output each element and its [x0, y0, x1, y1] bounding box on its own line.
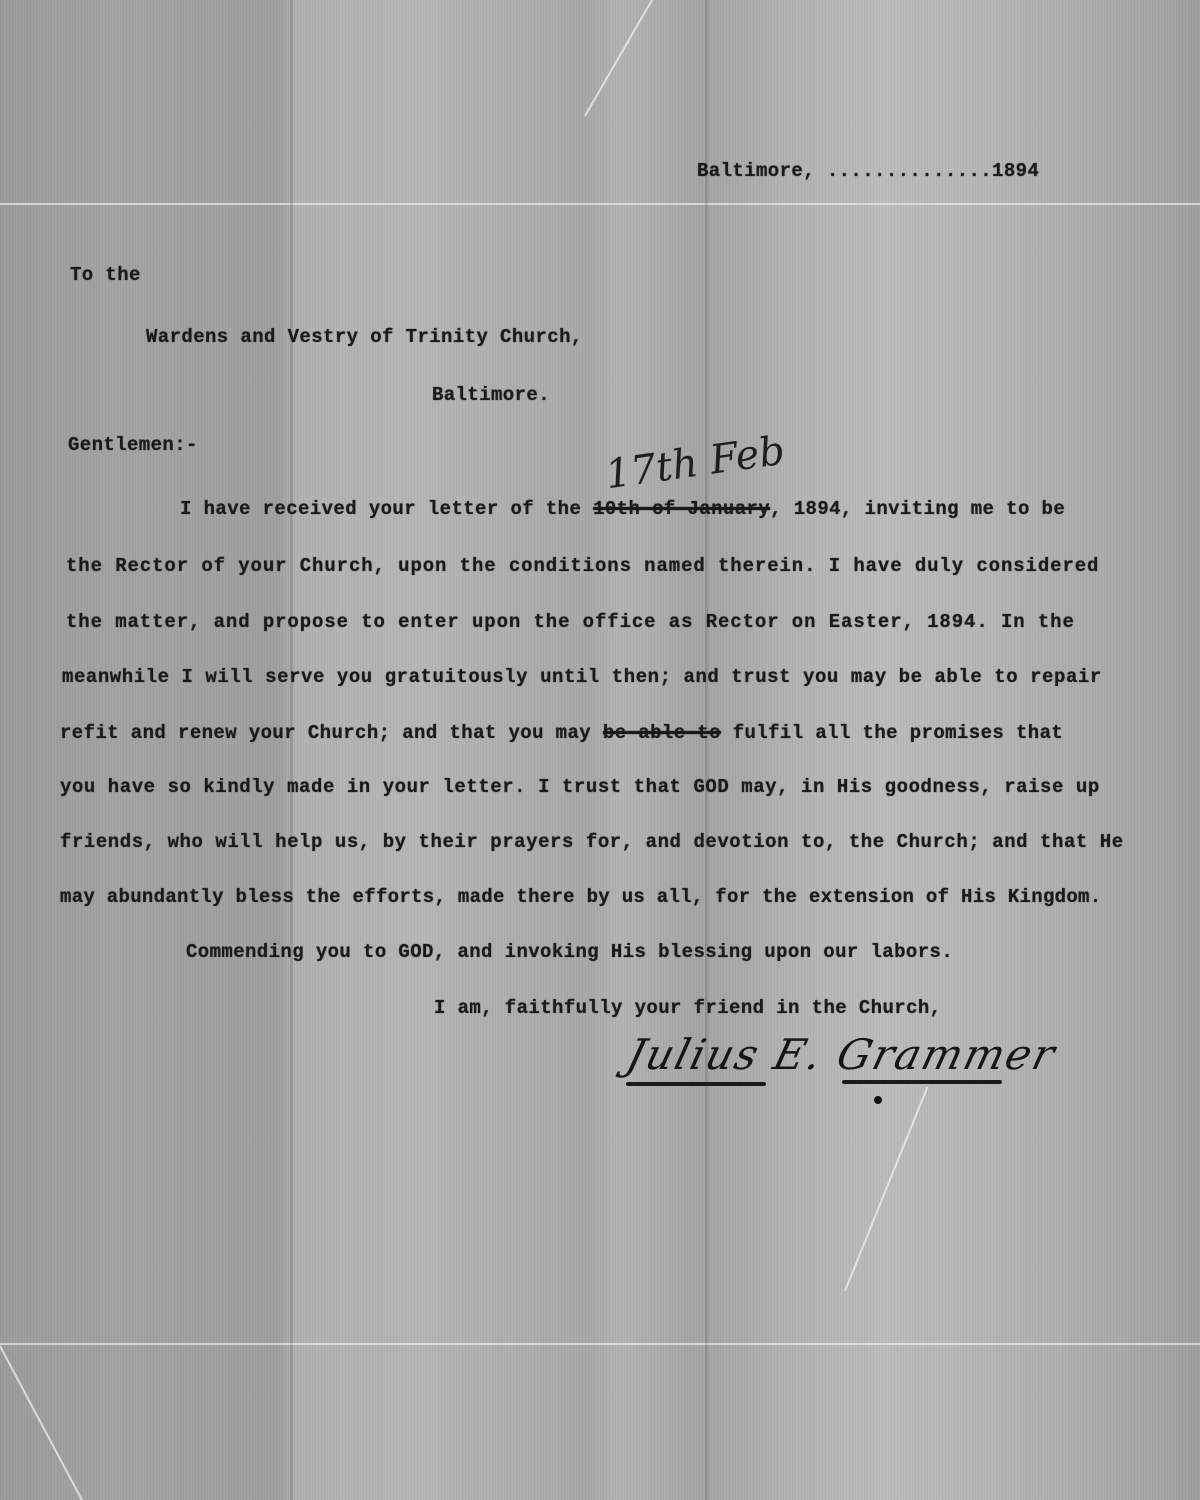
body-text: I have received your letter of the — [180, 498, 593, 520]
body-line: the matter, and propose to enter upon th… — [66, 611, 1075, 633]
salutation: Gentlemen:- — [68, 434, 198, 456]
handwritten-date-correction: 17th Feb — [603, 428, 788, 499]
body-line: meanwhile I will serve you gratuitously … — [62, 666, 1102, 688]
letter-page: Baltimore, ..............1894 To the War… — [0, 0, 1200, 1500]
body-text: fulfil all the promises that — [721, 722, 1063, 744]
paper-crease — [0, 1346, 85, 1500]
signature: Julius E. Grammer — [622, 1030, 1062, 1079]
paper-crease — [584, 0, 721, 117]
body-line: you have so kindly made in your letter. … — [60, 776, 1100, 798]
body-line: I have received your letter of the 10th … — [180, 498, 1065, 520]
body-line: refit and renew your Church; and that yo… — [60, 722, 1063, 744]
dateline: Baltimore, ..............1894 — [697, 160, 1039, 182]
body-line: may abundantly bless the efforts, made t… — [60, 886, 1101, 908]
signature-underline — [626, 1082, 766, 1086]
recipient-line-1: To the — [70, 264, 141, 286]
paper-crease — [844, 1087, 928, 1292]
body-text: refit and renew your Church; and that yo… — [60, 722, 603, 744]
body-text: , 1894, inviting me to be — [770, 498, 1065, 520]
struck-text: 10th of January — [593, 498, 770, 520]
body-line: friends, who will help us, by their pray… — [60, 831, 1124, 853]
recipient-line-2: Wardens and Vestry of Trinity Church, — [146, 326, 583, 348]
paper-fold — [290, 0, 293, 1500]
ink-dot — [874, 1096, 882, 1104]
signature-underline — [842, 1080, 1002, 1084]
closing-line: Commending you to GOD, and invoking His … — [186, 941, 953, 963]
paper-fold — [0, 203, 1200, 205]
recipient-line-3: Baltimore. — [432, 384, 550, 406]
paper-fold — [0, 1343, 1200, 1345]
paper-fold — [705, 0, 708, 1500]
complimentary-close: I am, faithfully your friend in the Chur… — [434, 997, 941, 1019]
struck-text: be able to — [603, 722, 721, 744]
body-line: the Rector of your Church, upon the cond… — [66, 555, 1099, 577]
